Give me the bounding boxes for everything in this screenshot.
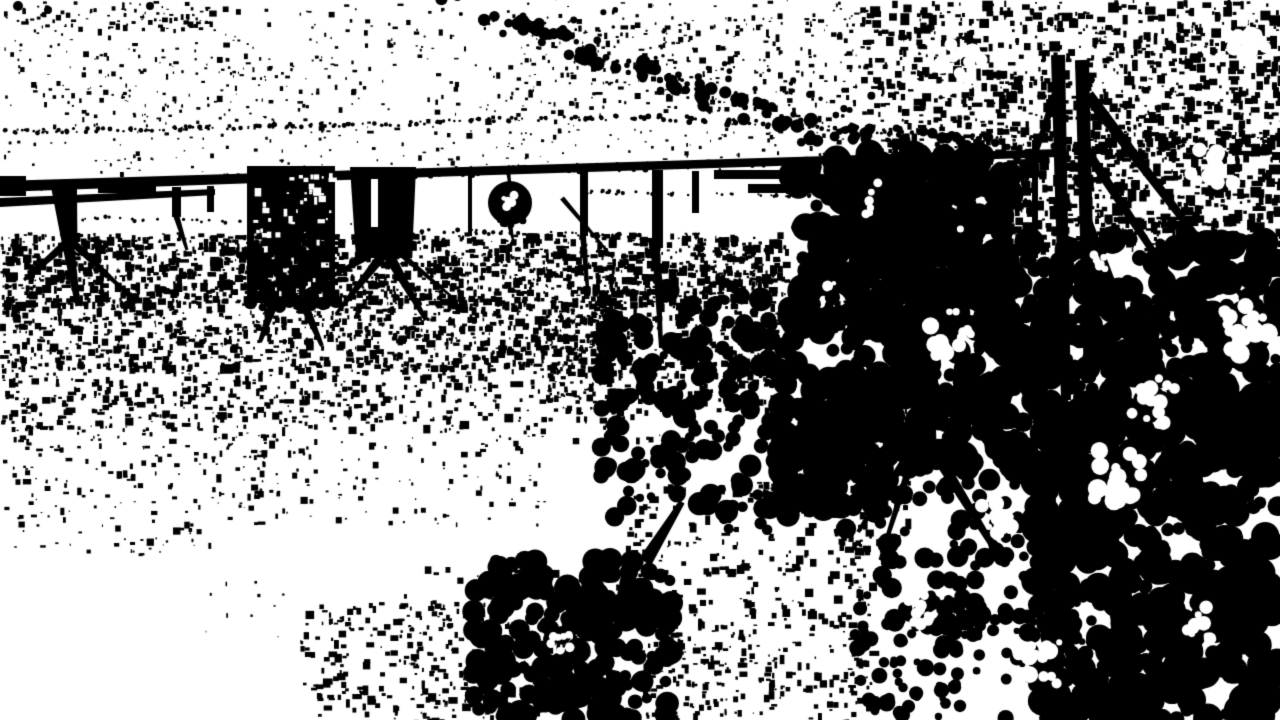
binarized-photo-canvas	[0, 0, 1280, 720]
binarized-video-frame	[0, 0, 1280, 720]
